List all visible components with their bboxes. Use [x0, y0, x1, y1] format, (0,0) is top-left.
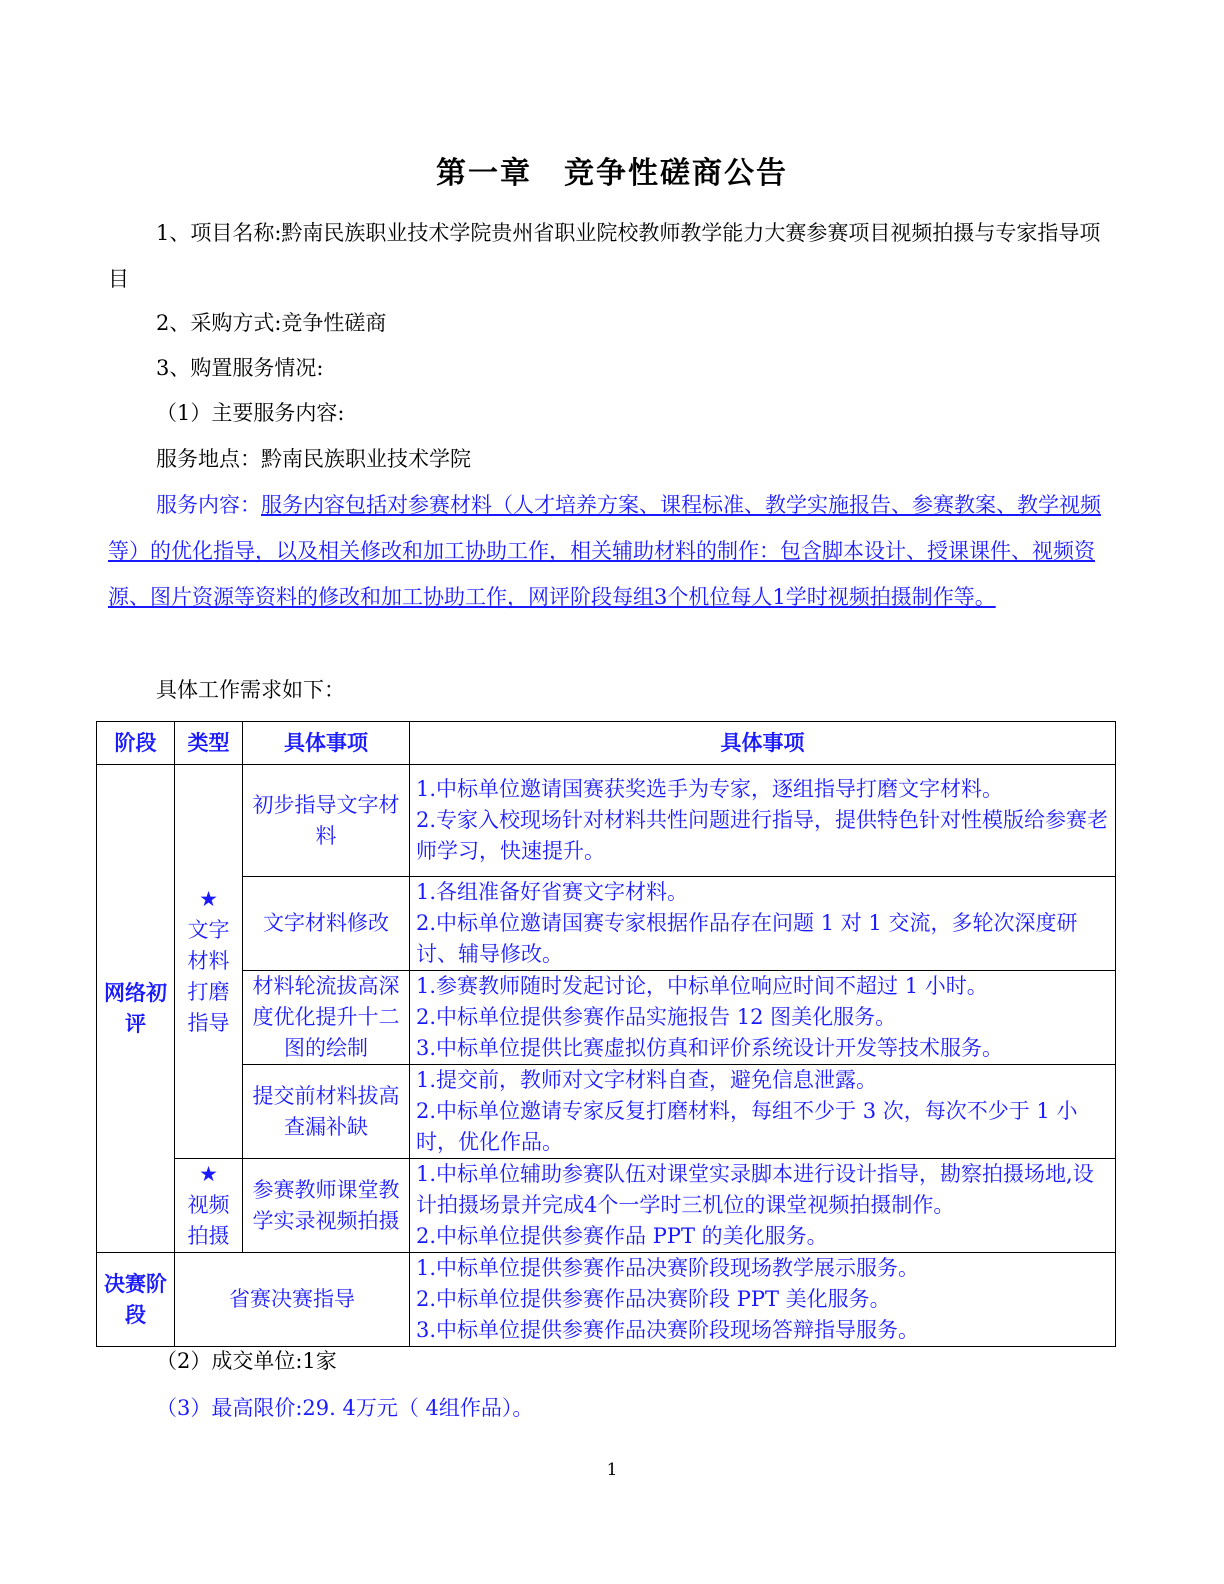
table-header-row: 阶段 类型 具体事项 具体事项 [97, 722, 1116, 765]
details-cell: 1.参赛教师随时发起讨论，中标单位响应时间不超过 1 小时。2.中标单位提供参赛… [410, 971, 1116, 1065]
header-stage: 阶段 [97, 722, 175, 765]
header-type: 类型 [175, 722, 243, 765]
main-service-heading: （1）主要服务内容: [108, 390, 1108, 436]
table-row: 提交前材料拔高查漏补缺 1.提交前，教师对文字材料自查，避免信息泄露。2.中标单… [97, 1065, 1116, 1159]
details-cell: 1.提交前，教师对文字材料自查，避免信息泄露。2.中标单位邀请专家反复打磨材料，… [410, 1065, 1116, 1159]
service-location: 服务地点：黔南民族职业技术学院 [108, 436, 1108, 482]
star-icon: ★ [181, 1159, 236, 1190]
type-video: ★视频拍摄 [175, 1159, 243, 1253]
details-cell: 1.中标单位提供参赛作品决赛阶段现场教学展示服务。2.中标单位提供参赛作品决赛阶… [410, 1253, 1116, 1347]
header-details: 具体事项 [410, 722, 1116, 765]
requirements-intro: 具体工作需求如下： [108, 667, 1108, 713]
header-item: 具体事项 [243, 722, 410, 765]
item-cell: 材料轮流拔高深度优化提升十二图的绘制 [243, 971, 410, 1065]
service-content: 服务内容：服务内容包括对参赛材料（人才培养方案、课程标准、教学实施报告、参赛教案… [108, 482, 1108, 620]
service-content-label: 服务内容： [156, 493, 261, 517]
table-row: 材料轮流拔高深度优化提升十二图的绘制 1.参赛教师随时发起讨论，中标单位响应时间… [97, 971, 1116, 1065]
details-cell: 1.中标单位邀请国赛获奖选手为专家，逐组指导打磨文字材料。2.专家入校现场针对材… [410, 765, 1116, 877]
item-cell: 省赛决赛指导 [175, 1253, 410, 1347]
stage-final: 决赛阶段 [97, 1253, 175, 1347]
item-cell: 参赛教师课堂教学实录视频拍摄 [243, 1159, 410, 1253]
requirements-table: 阶段 类型 具体事项 具体事项 网络初评 ★文字材料打磨指导 初步指导文字材料 … [96, 721, 1116, 1347]
details-cell: 1.各组准备好省赛文字材料。2.中标单位邀请国赛专家根据作品存在问题 1 对 1… [410, 877, 1116, 971]
details-cell: 1.中标单位辅助参赛队伍对课堂实录脚本进行设计指导，勘察拍摄场地,设计拍摄场景并… [410, 1159, 1116, 1253]
stage-online-review: 网络初评 [97, 765, 175, 1253]
star-icon: ★ [181, 884, 236, 915]
project-name: 1、项目名称:黔南民族职业技术学院贵州省职业院校教师教学能力大赛参赛项目视频拍摄… [108, 210, 1108, 302]
winning-units: （2）成交单位:1家 [110, 1338, 1110, 1384]
item-cell: 初步指导文字材料 [243, 765, 410, 877]
procurement-method: 2、采购方式:竞争性磋商 [108, 300, 1108, 346]
chapter-title: 第一章 竞争性磋商公告 [0, 148, 1224, 192]
table-row: 网络初评 ★文字材料打磨指导 初步指导文字材料 1.中标单位邀请国赛获奖选手为专… [97, 765, 1116, 877]
service-heading: 3、购置服务情况: [108, 345, 1108, 391]
table-row: 决赛阶段 省赛决赛指导 1.中标单位提供参赛作品决赛阶段现场教学展示服务。2.中… [97, 1253, 1116, 1347]
table-row: 文字材料修改 1.各组准备好省赛文字材料。2.中标单位邀请国赛专家根据作品存在问… [97, 877, 1116, 971]
table-row: ★视频拍摄 参赛教师课堂教学实录视频拍摄 1.中标单位辅助参赛队伍对课堂实录脚本… [97, 1159, 1116, 1253]
price-limit: （3）最高限价:29. 4万元（ 4组作品）。 [110, 1385, 1110, 1431]
item-cell: 文字材料修改 [243, 877, 410, 971]
item-cell: 提交前材料拔高查漏补缺 [243, 1065, 410, 1159]
page-number: 1 [0, 1460, 1224, 1480]
type-text-material: ★文字材料打磨指导 [175, 765, 243, 1159]
